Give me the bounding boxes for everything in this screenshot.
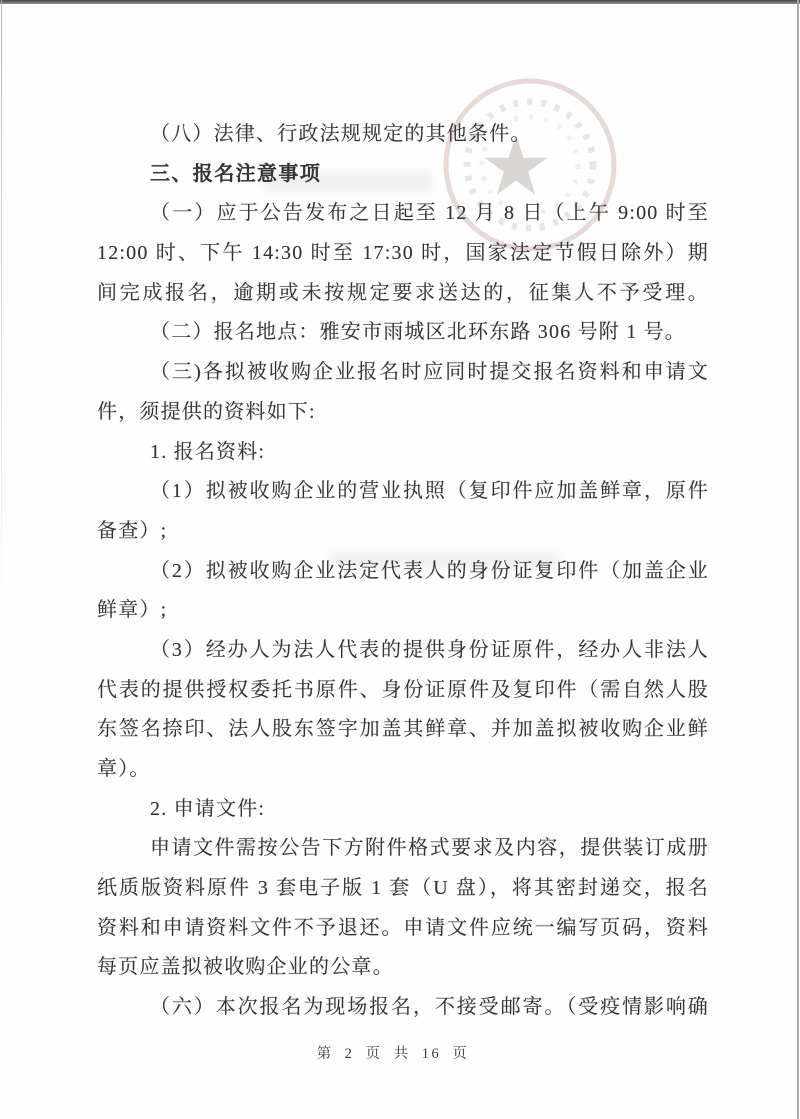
text-line: （八）法律、行政法规规定的其他条件。: [97, 115, 709, 155]
scan-edge-left: [1, 0, 2, 615]
text-line: （六）本次报名为现场报名，不接受邮寄。（受疫情影响确: [97, 988, 709, 1028]
text-line: 12:00 时、下午 14:30 时至 17:30 时，国家法定节假日除外）期: [97, 234, 709, 274]
text-line: 2. 申请文件:: [97, 790, 709, 830]
text-line: 件，须提供的资料如下:: [97, 393, 709, 433]
text-line: （一）应于公告发布之日起至 12 月 8 日（上午 9:00 时至: [97, 194, 709, 234]
section-heading: 三、报名注意事项: [97, 155, 709, 195]
scan-edge-top: [0, 0, 800, 4]
page-number-footer: 第 2 页 共 16 页: [0, 1042, 793, 1063]
text-line: （1）拟被收购企业的营业执照（复印件应加盖鲜章，原件: [97, 472, 709, 512]
document-body: （八）法律、行政法规规定的其他条件。 三、报名注意事项 （一）应于公告发布之日起…: [97, 115, 709, 1028]
text-line: 章）。: [97, 750, 709, 790]
text-line: 资料和申请资料文件不予退还。申请文件应统一编写页码，资料: [97, 909, 709, 949]
scanned-document-page: （八）法律、行政法规规定的其他条件。 三、报名注意事项 （一）应于公告发布之日起…: [0, 0, 800, 1119]
text-line: （2）拟被收购企业法定代表人的身份证复印件（加盖企业: [97, 552, 709, 592]
text-line: 备查）;: [97, 512, 709, 552]
text-line: 申请文件需按公告下方附件格式要求及内容，提供装订成册: [97, 829, 709, 869]
text-line: 东签名捺印、法人股东签字加盖其鲜章、并加盖拟被收购企业鲜: [97, 710, 709, 750]
text-line: 间完成报名，逾期或未按规定要求送达的，征集人不予受理。: [97, 274, 709, 314]
scan-edge-right: [797, 0, 799, 1119]
text-line: （三)各拟被收购企业报名时应同时提交报名资料和申请文: [97, 353, 709, 393]
text-line: 鲜章）;: [97, 591, 709, 631]
text-line: （二）报名地点：雅安市雨城区北环东路 306 号附 1 号。: [97, 313, 709, 353]
text-line: （3）经办人为法人代表的提供身份证原件，经办人非法人: [97, 631, 709, 671]
text-line: 1. 报名资料:: [97, 433, 709, 473]
text-line: 代表的提供授权委托书原件、身份证原件及复印件（需自然人股: [97, 671, 709, 711]
text-line: 每页应盖拟被收购企业的公章。: [97, 948, 709, 988]
text-line: 纸质版资料原件 3 套电子版 1 套（U 盘），将其密封递交，报名: [97, 869, 709, 909]
